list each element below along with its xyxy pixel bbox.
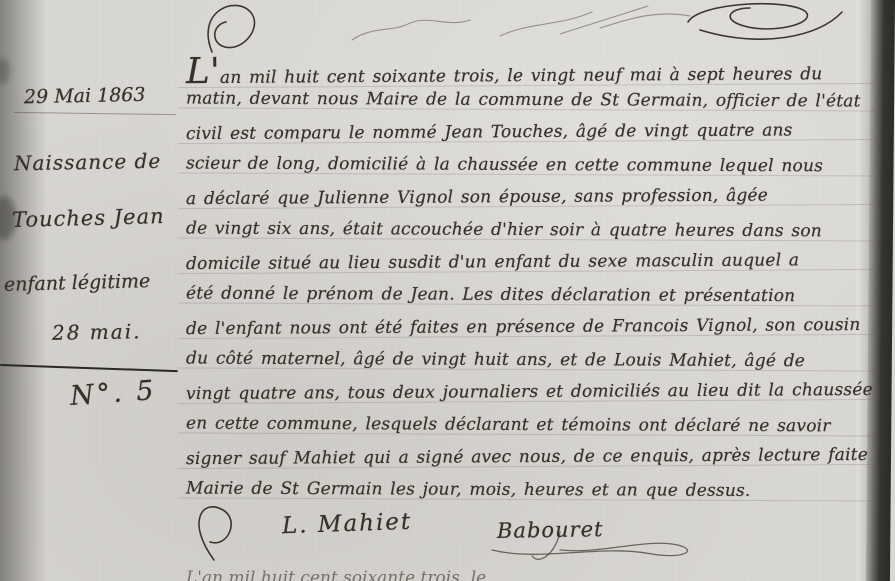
act-line: Mairie de St Germain les jour, mois, heu… — [186, 478, 876, 501]
act-line: scieur de long, domicilié à la chaussée … — [186, 153, 876, 176]
act-line: civil est comparu le nommé Jean Touches,… — [186, 120, 876, 144]
signature-babouret: Babouret — [497, 517, 604, 543]
act-line: signer sauf Mahiet qui a signé avec nous… — [186, 445, 876, 469]
act-line: domicile situé au lieu susdit d'un enfan… — [186, 250, 876, 274]
act-line: du côté maternel, âgé de vingt huit ans,… — [186, 348, 876, 371]
act-line: de l'enfant nous ont été faites en prése… — [186, 315, 876, 339]
act-body: L'an mil huit cent soixante trois, le vi… — [0, 0, 895, 581]
act-line: en cette commune, lesquels déclarant et … — [186, 413, 876, 436]
act-line: matin, devant nous Maire de la commune d… — [186, 88, 876, 111]
act-line: été donné le prénom de Jean. Les dites d… — [186, 283, 876, 306]
act-line: de vingt six ans, était accouchée d'hier… — [186, 218, 876, 241]
act-line: a déclaré que Julienne Vignol son épouse… — [186, 185, 876, 209]
act-line: L'an mil huit cent soixante trois, le vi… — [186, 55, 876, 88]
next-act-fragment: L'an mil huit cent soixante trois, le — [186, 568, 486, 581]
act-line: vingt quatre ans, tous deux journaliers … — [186, 380, 876, 404]
signature-mahiet: L. Mahiet — [282, 509, 413, 540]
register-page-scan: 29 Mai 1863 Naissance de Touches Jean en… — [0, 0, 895, 581]
